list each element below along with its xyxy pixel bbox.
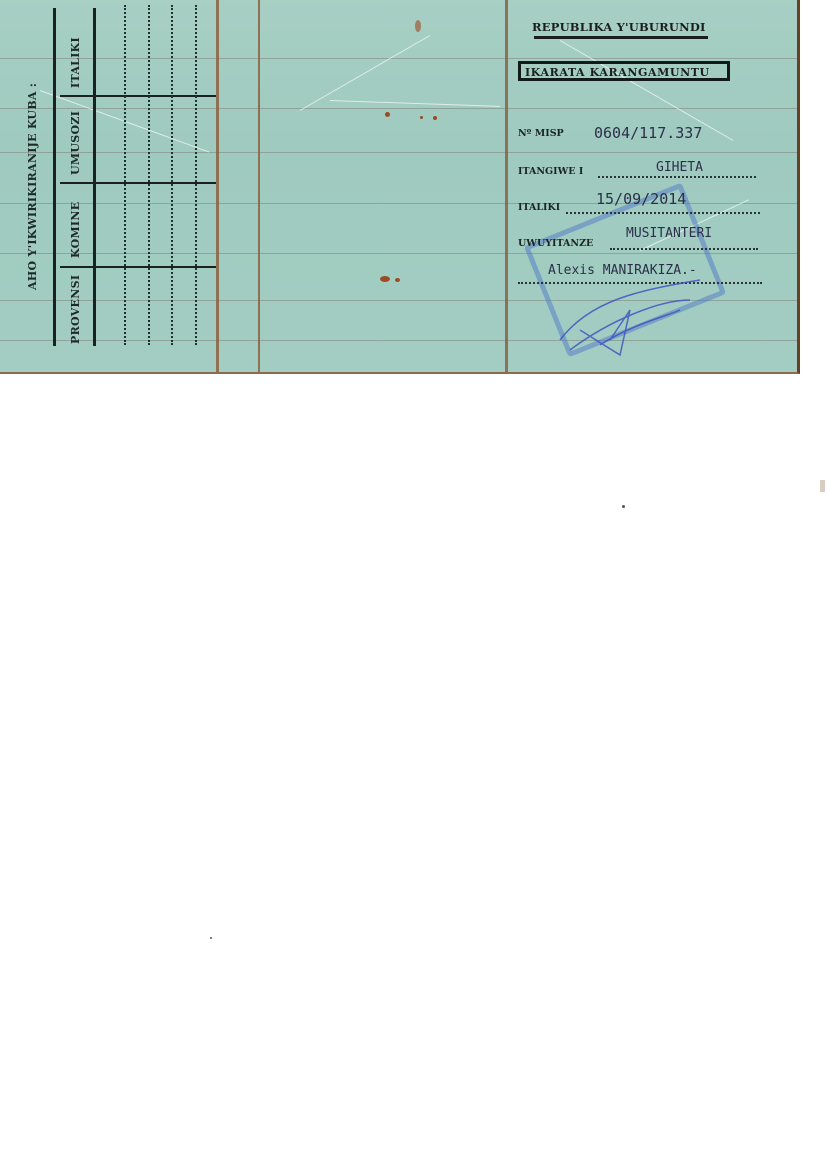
rust-spot <box>385 112 390 117</box>
column-header-komine: KOMINE <box>69 202 82 258</box>
identity-panel: REPUBLIKA Y'UBURUNDI IKARATA KARANGAMUNT… <box>510 0 795 372</box>
column-header-provensi: PROVENSI <box>69 275 82 344</box>
dust-speck <box>210 937 212 939</box>
issuer-title: MUSITANTERI <box>626 226 712 241</box>
rust-spot <box>380 276 390 282</box>
issued-at-label: ITANGIWE I <box>518 166 583 177</box>
fold-line <box>258 0 260 372</box>
residence-history-panel: AHO Y'IKWIRIKIRANIJE KUBA : PROVENSI KOM… <box>0 0 218 372</box>
country-name: REPUBLIKA Y'UBURUNDI <box>532 20 706 34</box>
issuer-label: UWUYITANZE <box>518 238 593 249</box>
rust-spot <box>415 20 421 32</box>
fold-line <box>505 0 508 372</box>
signature <box>550 270 710 360</box>
misp-value: 0604/117.337 <box>594 124 702 142</box>
date-label: ITALIKI <box>518 202 560 213</box>
dust-speck <box>820 480 825 492</box>
residence-heading: AHO Y'IKWIRIKIRANIJE KUBA : <box>26 83 39 290</box>
card-title: IKARATA KARANGAMUNTU <box>518 61 730 81</box>
misp-label: Nº MISP <box>518 128 564 139</box>
id-card: AHO Y'IKWIRIKIRANIJE KUBA : PROVENSI KOM… <box>0 0 800 374</box>
column-header-italiki: ITALIKI <box>69 37 82 88</box>
issued-at-value: GIHETA <box>656 160 703 175</box>
dust-speck <box>622 505 625 508</box>
rust-spot <box>433 116 437 120</box>
rust-spot <box>395 278 400 282</box>
column-header-umusozi: UMUSOZI <box>69 111 82 175</box>
rust-spot <box>420 116 423 119</box>
date-value: 15/09/2014 <box>596 190 686 208</box>
